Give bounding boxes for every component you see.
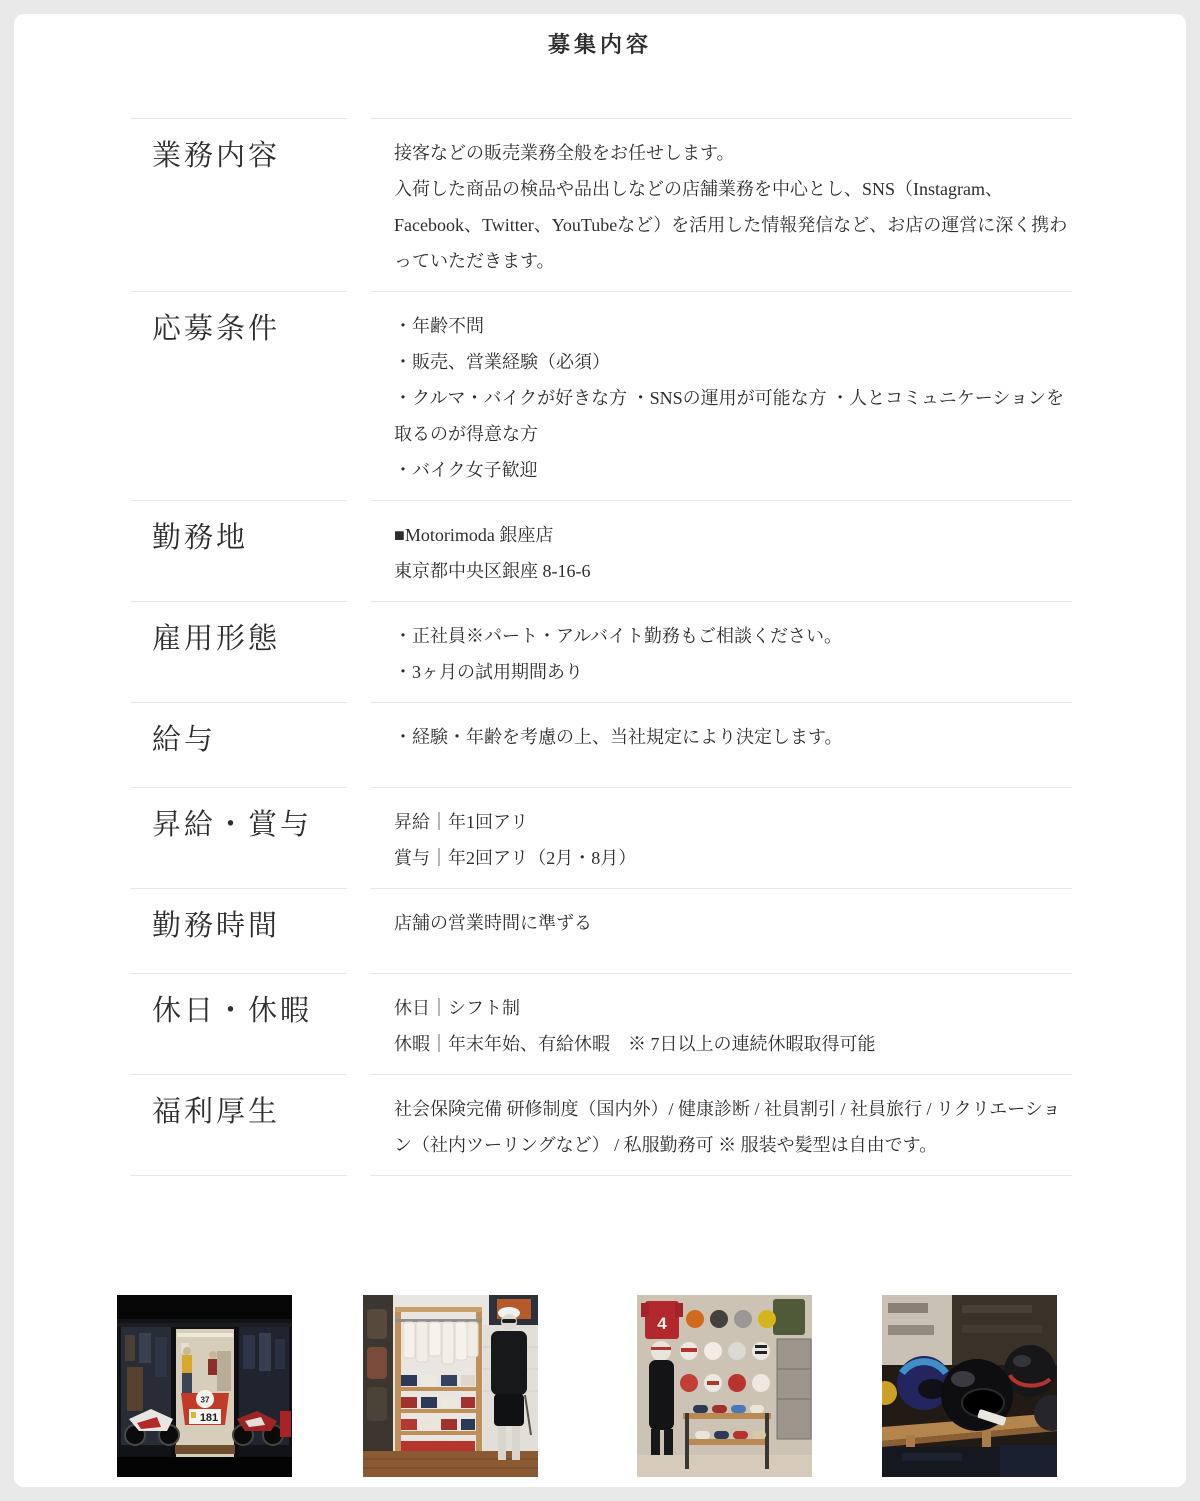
row-paragraph: 休暇｜年末年始、有給休暇 ※ 7日以上の連続休暇取得可能 (394, 1026, 1072, 1062)
row-label-cell: 福利厚生 (130, 1074, 347, 1176)
row-label-cell: 雇用形態 (130, 601, 347, 702)
recruitment-table: 業務内容接客などの販売業務全般をお任せします。入荷した商品の検品や品出しなどの店… (130, 118, 1072, 1176)
row-paragraph: ・経験・年齢を考慮の上、当社規定により決定します。 (394, 719, 1072, 755)
table-row: 給与・経験・年齢を考慮の上、当社規定により決定します。 (130, 702, 1072, 787)
table-row: 勤務地■Motorimoda 銀座店東京都中央区銀座 8-16-6 (130, 500, 1072, 601)
row-paragraph: ・3ヶ月の試用期間あり (394, 654, 1072, 690)
row-paragraph: 東京都中央区銀座 8-16-6 (394, 553, 1072, 589)
row-label: 昇給・賞与 (152, 808, 347, 842)
row-value-cell: 接客などの販売業務全般をお任せします。入荷した商品の検品や品出しなどの店舗業務を… (370, 118, 1072, 291)
row-label-cell: 勤務時間 (130, 888, 347, 973)
row-label: 勤務地 (152, 521, 347, 555)
row-value-cell: ・正社員※パート・アルバイト勤務もご相談ください。・3ヶ月の試用期間あり (370, 601, 1072, 702)
helmet-closeup-illustration (882, 1295, 1057, 1477)
row-label: 業務内容 (152, 139, 347, 173)
row-paragraph: 店舗の営業時間に準ずる (394, 905, 1072, 941)
photo-apparel-rack-mannequin (363, 1295, 538, 1477)
table-row: 福利厚生社会保険完備 研修制度（国内外）/ 健康診断 / 社員割引 / 社員旅行… (130, 1074, 1072, 1176)
row-value-cell: 店舗の営業時間に準ずる (370, 888, 1072, 973)
row-label: 応募条件 (152, 312, 347, 346)
storefront-illustration: 37 181 (117, 1295, 292, 1477)
row-paragraph: ・クルマ・バイクが好きな方 ・SNSの運用が可能な方 ・人とコミュニケーションを… (394, 380, 1072, 452)
row-label: 給与 (152, 723, 347, 757)
row-label: 勤務時間 (152, 909, 347, 943)
table-row: 昇給・賞与昇給｜年1回アリ賞与｜年2回アリ（2月・8月） (130, 787, 1072, 888)
row-paragraph: 入荷した商品の検品や品出しなどの店舗業務を中心とし、SNS（Instagram、… (394, 171, 1072, 279)
photo-helmet-shelf-closeup (882, 1295, 1057, 1477)
table-row: 業務内容接客などの販売業務全般をお任せします。入荷した商品の検品や品出しなどの店… (130, 118, 1072, 291)
row-label-cell: 勤務地 (130, 500, 347, 601)
row-value-cell: ・年齢不問・販売、営業経験（必須）・クルマ・バイクが好きな方 ・SNSの運用が可… (370, 291, 1072, 500)
row-label-cell: 給与 (130, 702, 347, 787)
row-paragraph: 休日｜シフト制 (394, 990, 1072, 1026)
row-paragraph: 昇給｜年1回アリ (394, 804, 1072, 840)
row-value-cell: 社会保険完備 研修制度（国内外）/ 健康診断 / 社員割引 / 社員旅行 / リ… (370, 1074, 1072, 1176)
table-row: 雇用形態・正社員※パート・アルバイト勤務もご相談ください。・3ヶ月の試用期間あり (130, 601, 1072, 702)
row-label-cell: 業務内容 (130, 118, 347, 291)
row-label: 休日・休暇 (152, 994, 347, 1028)
row-paragraph: ・正社員※パート・アルバイト勤務もご相談ください。 (394, 618, 1072, 654)
content-card: 募集内容 業務内容接客などの販売業務全般をお任せします。入荷した商品の検品や品出… (14, 14, 1186, 1487)
table-row: 休日・休暇休日｜シフト制休暇｜年末年始、有給休暇 ※ 7日以上の連続休暇取得可能 (130, 973, 1072, 1074)
row-value-cell: 休日｜シフト制休暇｜年末年始、有給休暇 ※ 7日以上の連続休暇取得可能 (370, 973, 1072, 1074)
row-value-cell: ■Motorimoda 銀座店東京都中央区銀座 8-16-6 (370, 500, 1072, 601)
photo-storefront-motorcycles: 37 181 (117, 1295, 292, 1477)
apparel-rack-illustration (363, 1295, 538, 1477)
row-paragraph: ■Motorimoda 銀座店 (394, 517, 1072, 553)
row-label-cell: 休日・休暇 (130, 973, 347, 1074)
race-roundel-number: 37 (201, 1396, 210, 1405)
row-paragraph: ・バイク女子歓迎 (394, 452, 1072, 488)
row-paragraph: ・販売、営業経験（必須） (394, 344, 1072, 380)
race-plate-number: 181 (200, 1412, 218, 1424)
row-paragraph: 社会保険完備 研修制度（国内外）/ 健康診断 / 社員割引 / 社員旅行 / リ… (394, 1091, 1072, 1163)
jersey-number: 4 (657, 1314, 667, 1333)
page-title: 募集内容 (14, 30, 1186, 60)
table-row: 勤務時間店舗の営業時間に準ずる (130, 888, 1072, 973)
row-paragraph: 接客などの販売業務全般をお任せします。 (394, 135, 1072, 171)
table-row: 応募条件・年齢不問・販売、営業経験（必須）・クルマ・バイクが好きな方 ・SNSの… (130, 291, 1072, 500)
row-label: 雇用形態 (152, 622, 347, 656)
helmet-wall-illustration: 4 (637, 1295, 812, 1477)
row-label-cell: 昇給・賞与 (130, 787, 347, 888)
row-paragraph: ・年齢不問 (394, 308, 1072, 344)
row-label-cell: 応募条件 (130, 291, 347, 500)
row-value-cell: 昇給｜年1回アリ賞与｜年2回アリ（2月・8月） (370, 787, 1072, 888)
photo-helmet-wall-display: 4 (637, 1295, 812, 1477)
row-label: 福利厚生 (152, 1095, 347, 1129)
row-paragraph: 賞与｜年2回アリ（2月・8月） (394, 840, 1072, 876)
page-background: 募集内容 業務内容接客などの販売業務全般をお任せします。入荷した商品の検品や品出… (0, 0, 1200, 1501)
row-value-cell: ・経験・年齢を考慮の上、当社規定により決定します。 (370, 702, 1072, 787)
